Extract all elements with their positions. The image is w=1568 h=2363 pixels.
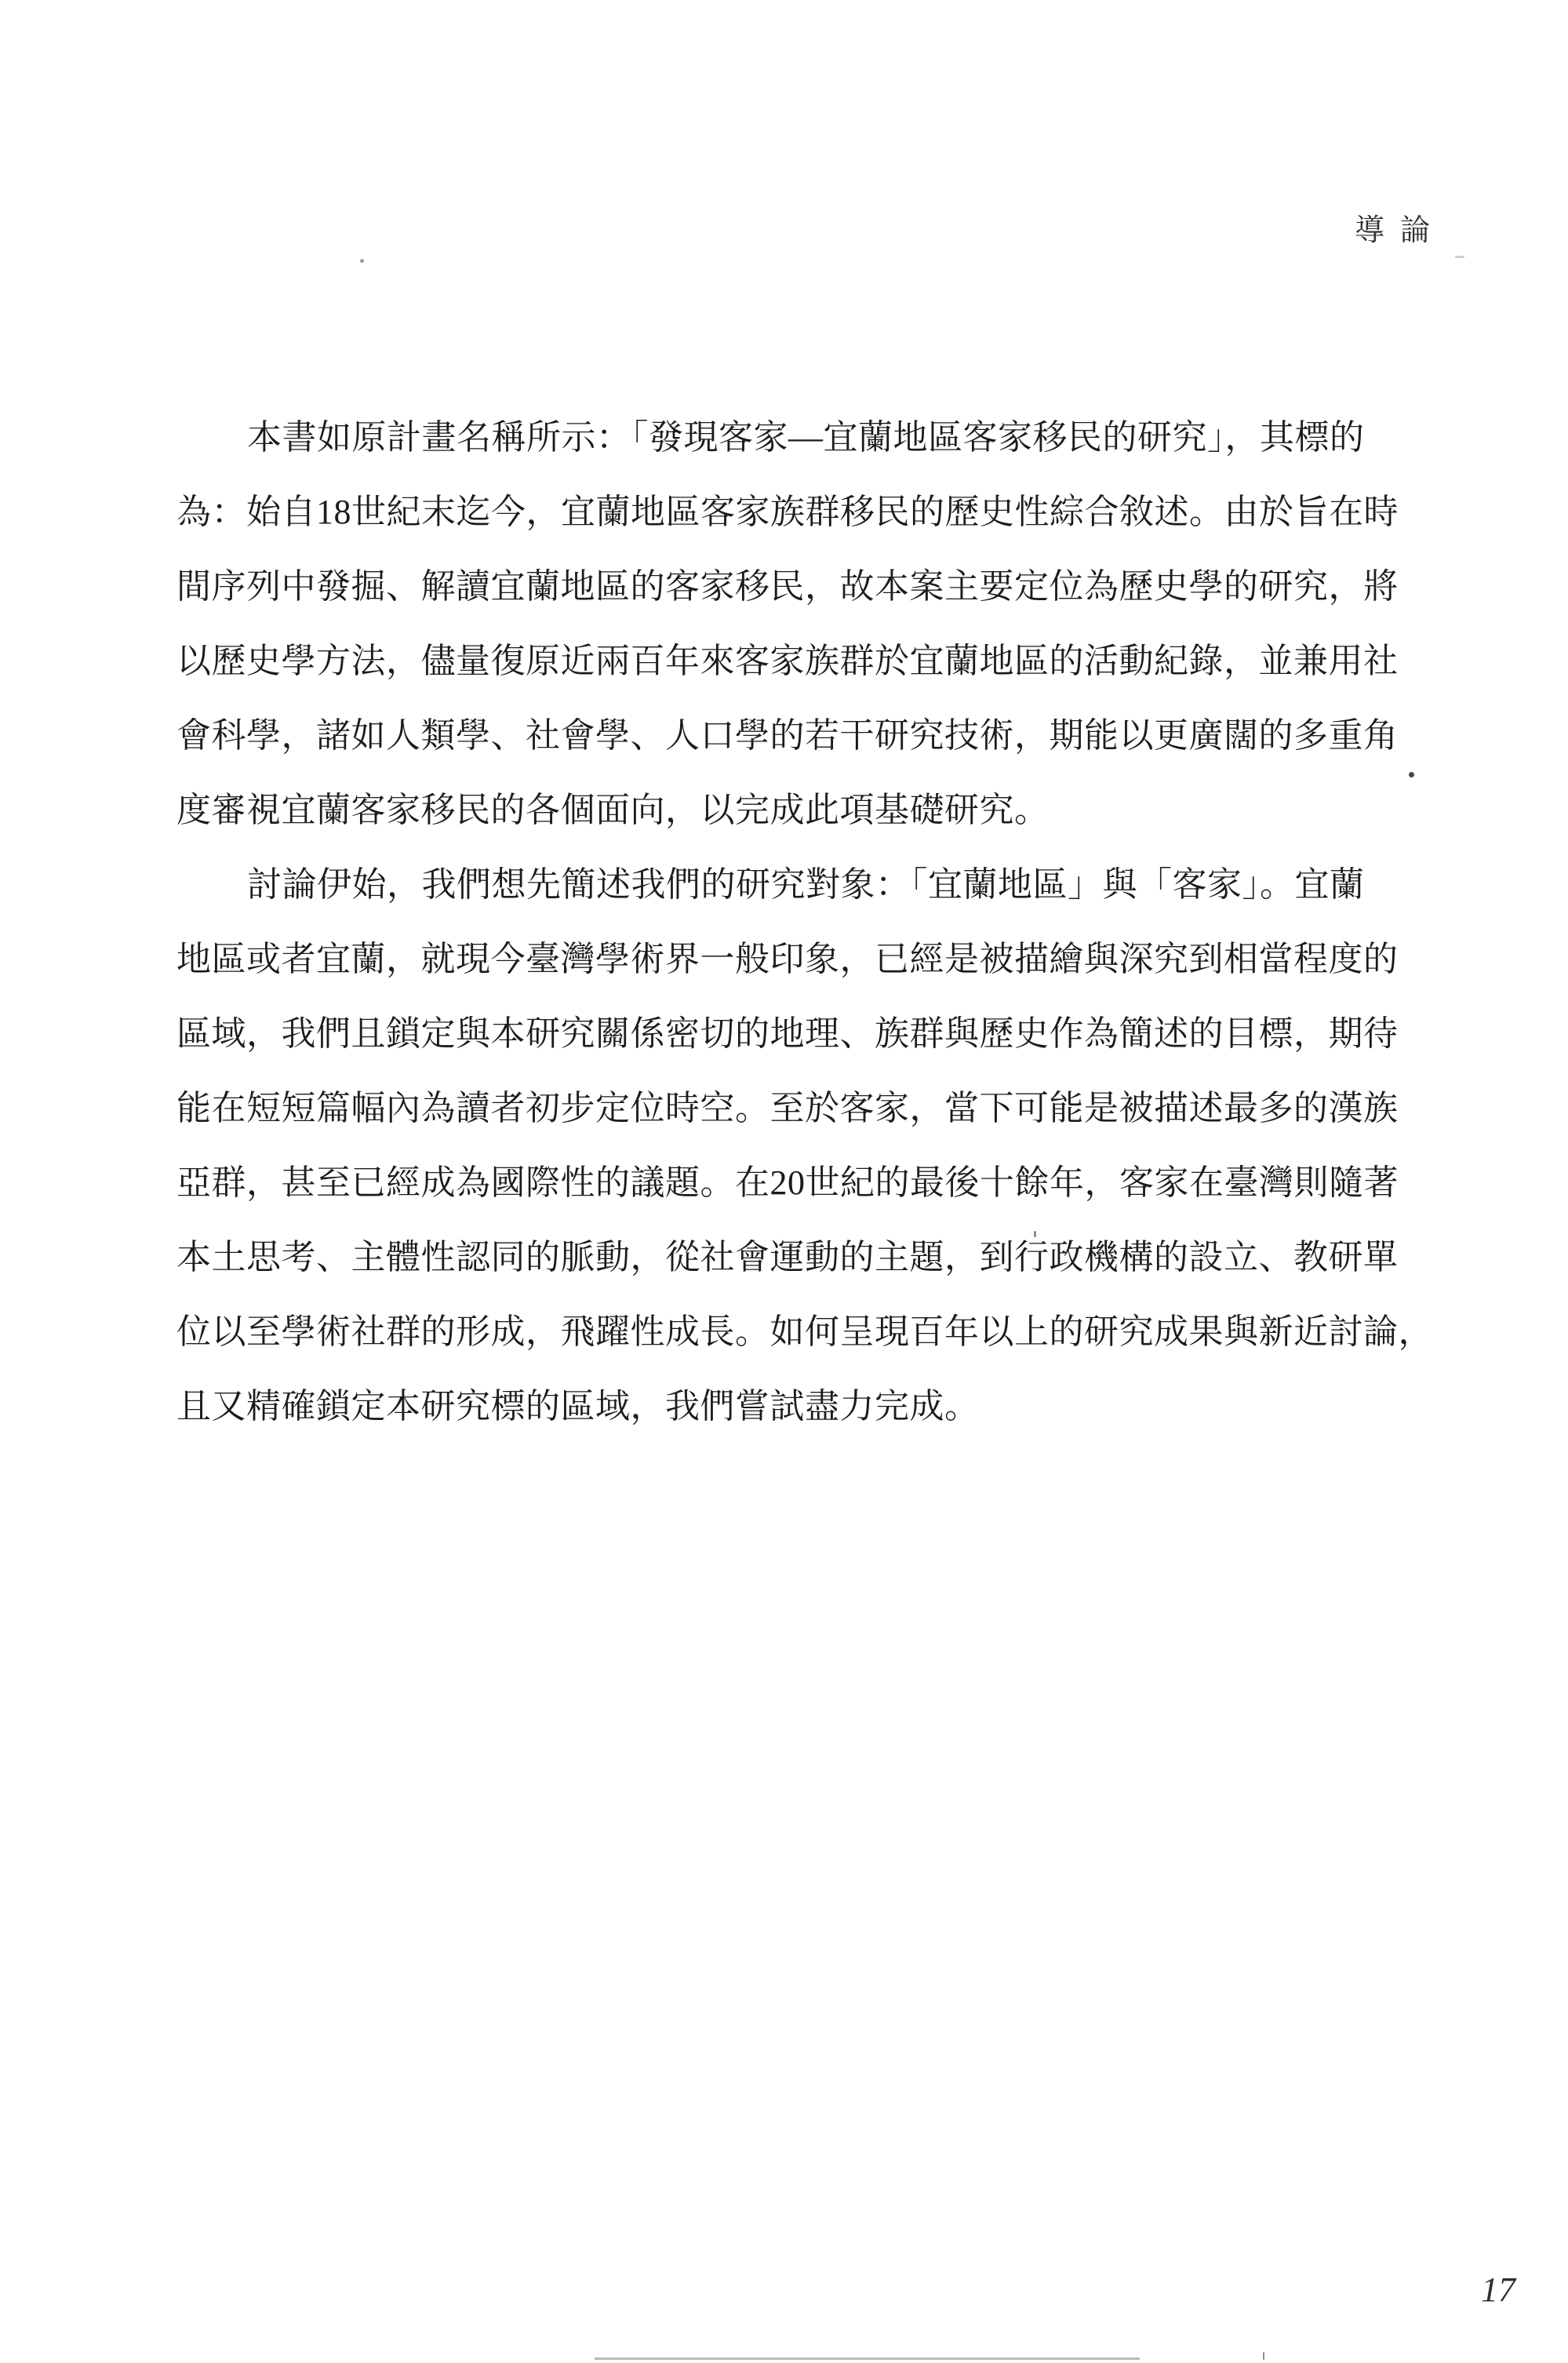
- text-line: 為：始自18世紀末迄今，宜蘭地區客家族群移民的歷史性綜合敘述。由於旨在時: [176, 475, 1455, 549]
- text-line: 度審視宜蘭客家移民的各個面向，以完成此項基礎研究。: [176, 773, 1455, 847]
- text-line: 討論伊始，我們想先簡述我們的研究對象：「宜蘭地區」與「客家」。宜蘭: [176, 847, 1455, 922]
- text-line: 本書如原計畫名稱所示：「發現客家—宜蘭地區客家移民的研究」，其標的: [176, 400, 1455, 475]
- scan-edge-artifact: [595, 2358, 1140, 2360]
- text-line: 能在短短篇幅內為讀者初步定位時空。至於客家，當下可能是被描述最多的漢族: [176, 1071, 1455, 1145]
- text-line: 間序列中發掘、解讀宜蘭地區的客家移民，故本案主要定位為歷史學的研究，將: [176, 549, 1455, 624]
- paragraph-1: 本書如原計畫名稱所示：「發現客家—宜蘭地區客家移民的研究」，其標的 為：始自18…: [176, 400, 1455, 847]
- text-line: 會科學，諸如人類學、社會學、人口學的若干研究技術，期能以更廣闊的多重角: [176, 698, 1455, 773]
- text-line: 位以至學術社群的形成，飛躍性成長。如何呈現百年以上的研究成果與新近討論，: [176, 1294, 1455, 1369]
- text-line: 區域，我們且鎖定與本研究關係密切的地理、族群與歷史作為簡述的目標，期待: [176, 996, 1455, 1071]
- scan-speck: [360, 259, 364, 263]
- text-line: 以歷史學方法，儘量復原近兩百年來客家族群於宜蘭地區的活動紀錄，並兼用社: [176, 624, 1455, 698]
- text-line: 亞群，甚至已經成為國際性的議題。在20世紀的最後十餘年，客家在臺灣則隨著: [176, 1145, 1455, 1220]
- scan-speck: [1455, 256, 1464, 258]
- paragraph-2: 討論伊始，我們想先簡述我們的研究對象：「宜蘭地區」與「客家」。宜蘭 地區或者宜蘭…: [176, 847, 1455, 1444]
- running-header: 導論: [1355, 206, 1446, 249]
- scan-speck: [1409, 772, 1414, 777]
- scan-speck: [1263, 2352, 1264, 2360]
- text-line: 地區或者宜蘭，就現今臺灣學術界一般印象，已經是被描繪與深究到相當程度的: [176, 922, 1455, 996]
- scanned-book-page: 導論 本書如原計畫名稱所示：「發現客家—宜蘭地區客家移民的研究」，其標的 為：始…: [0, 0, 1568, 2363]
- body-text: 本書如原計畫名稱所示：「發現客家—宜蘭地區客家移民的研究」，其標的 為：始自18…: [176, 400, 1455, 1444]
- page-number: 17: [1481, 2270, 1515, 2310]
- text-line: 本土思考、主體性認同的脈動，從社會運動的主題，到行政機構的設立、教研單: [176, 1220, 1455, 1294]
- scan-speck: [1034, 1231, 1036, 1237]
- text-line: 且又精確鎖定本研究標的區域，我們嘗試盡力完成。: [176, 1369, 1455, 1444]
